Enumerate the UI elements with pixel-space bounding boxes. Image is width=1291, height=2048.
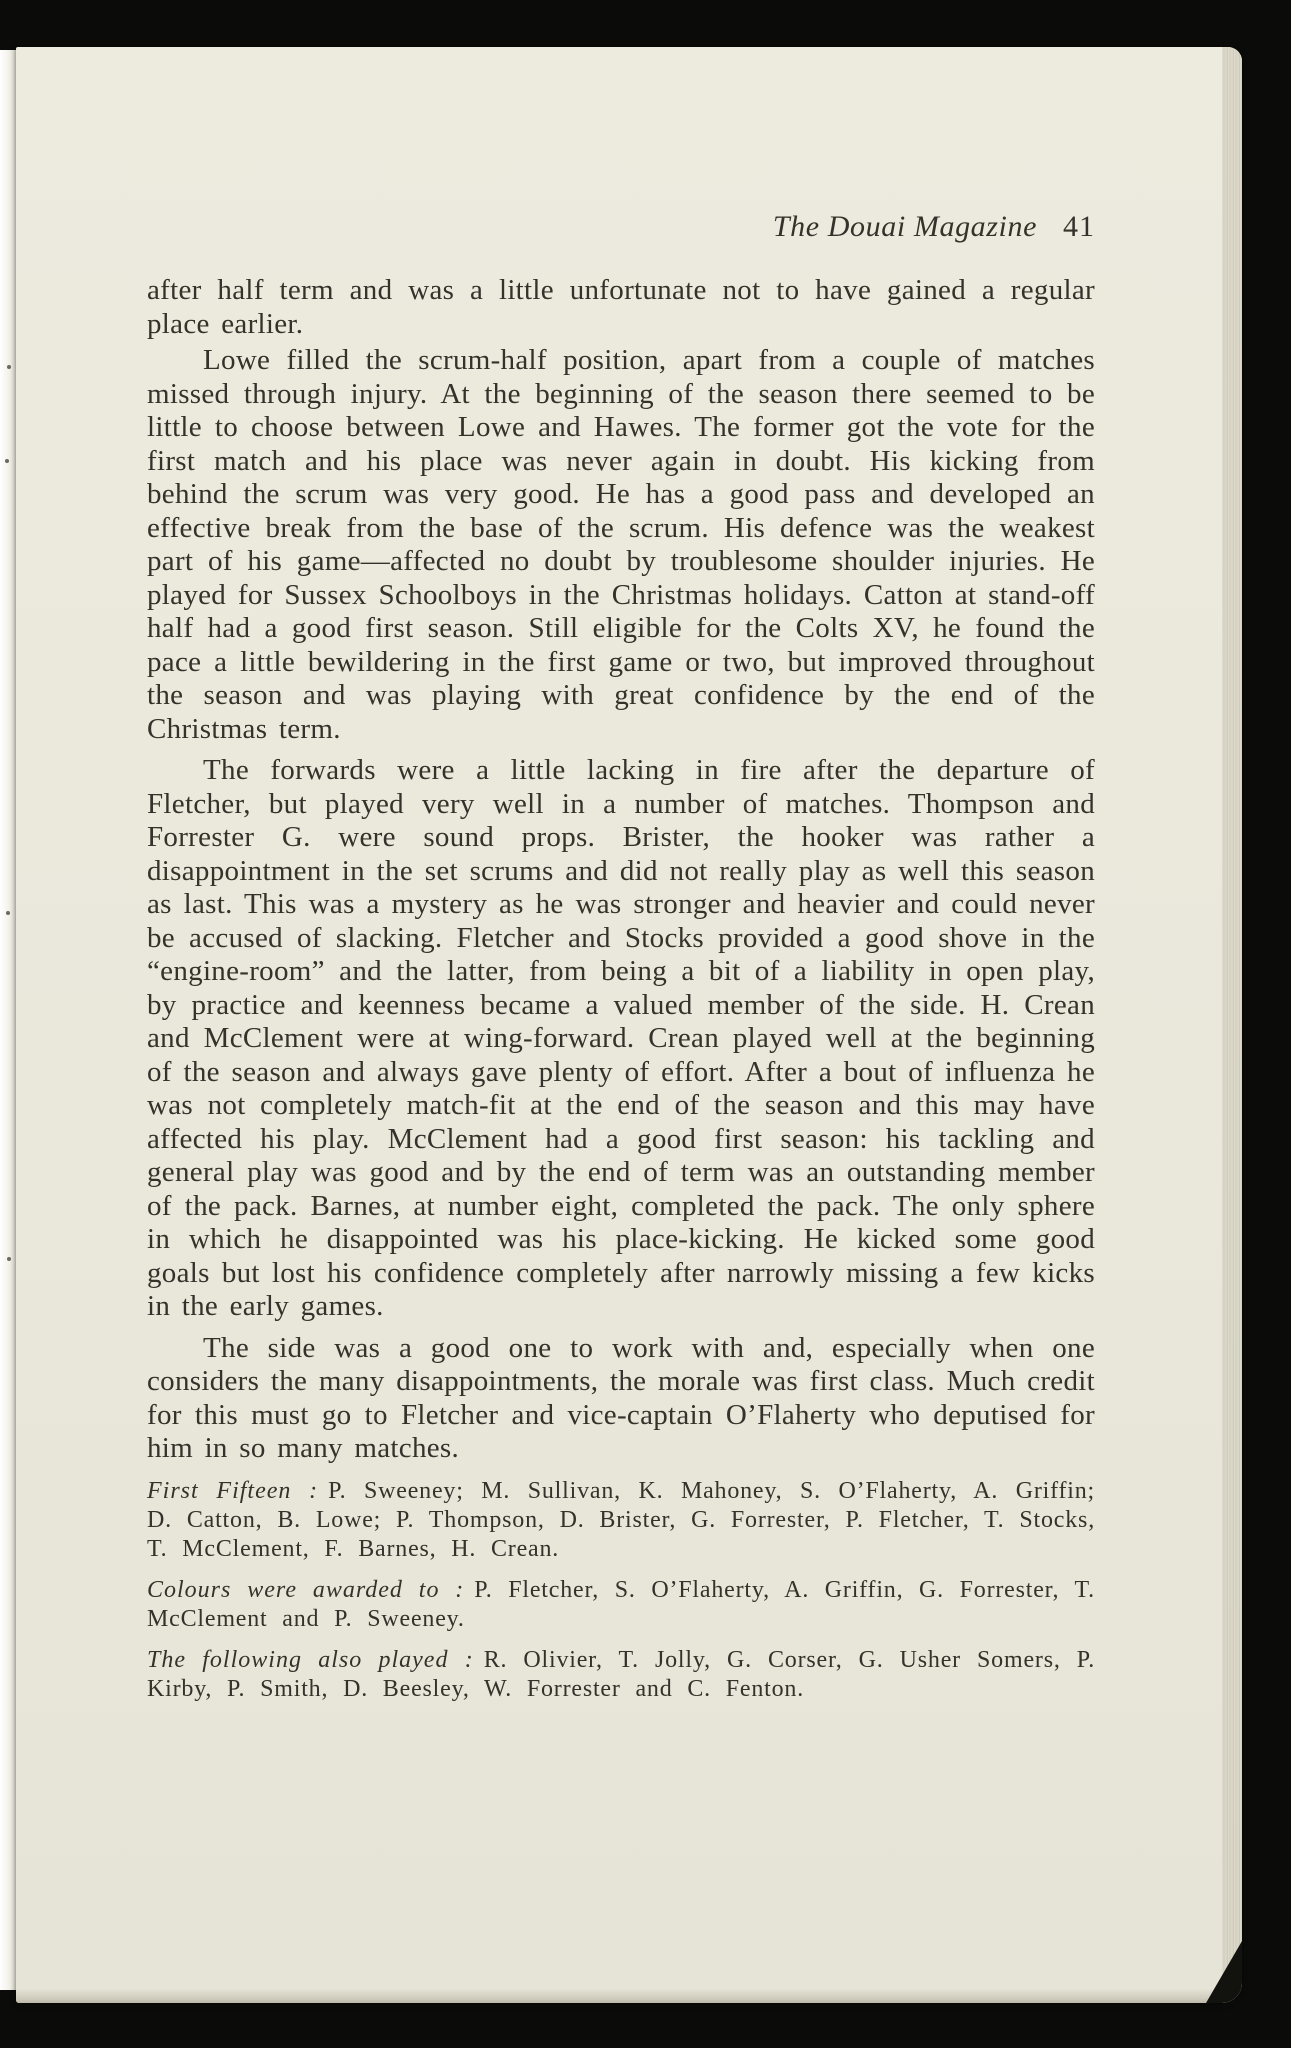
dust-speck	[6, 911, 10, 915]
page-number: 41	[1063, 210, 1095, 243]
note-label: Colours were awarded to :	[147, 1577, 464, 1603]
note-label: First Fifteen :	[147, 1478, 318, 1504]
paragraph-lowe: Lowe filled the scrum-half position, apa…	[147, 344, 1095, 746]
book-page: The Douai Magazine41 after half term and…	[16, 47, 1242, 2003]
page-stack-edge-bottom	[16, 1988, 1224, 2003]
journal-title: The Douai Magazine	[773, 210, 1037, 243]
paragraph-continuation: after half term and was a little unfortu…	[147, 274, 1095, 341]
note-label: The following also played :	[147, 1647, 474, 1673]
dust-speck	[5, 459, 9, 463]
dust-speck	[7, 1257, 11, 1261]
paragraph-forwards: The forwards were a little lacking in fi…	[147, 754, 1095, 1324]
page-content: The Douai Magazine41 after half term and…	[147, 47, 1095, 1704]
note-also-played: The following also played :R. Olivier, T…	[147, 1646, 1095, 1704]
note-colours-awarded: Colours were awarded to :P. Fletcher, S.…	[147, 1576, 1095, 1634]
dust-speck	[7, 365, 11, 369]
paragraph-side: The side was a good one to work with and…	[147, 1332, 1095, 1466]
book-binding-edge	[0, 50, 17, 1990]
page-header: The Douai Magazine41	[147, 210, 1095, 244]
page-stack-edge-right	[1222, 47, 1242, 2003]
note-first-fifteen: First Fifteen :P. Sweeney; M. Sullivan, …	[147, 1477, 1095, 1564]
scanned-book-photo: The Douai Magazine41 after half term and…	[0, 0, 1291, 2048]
